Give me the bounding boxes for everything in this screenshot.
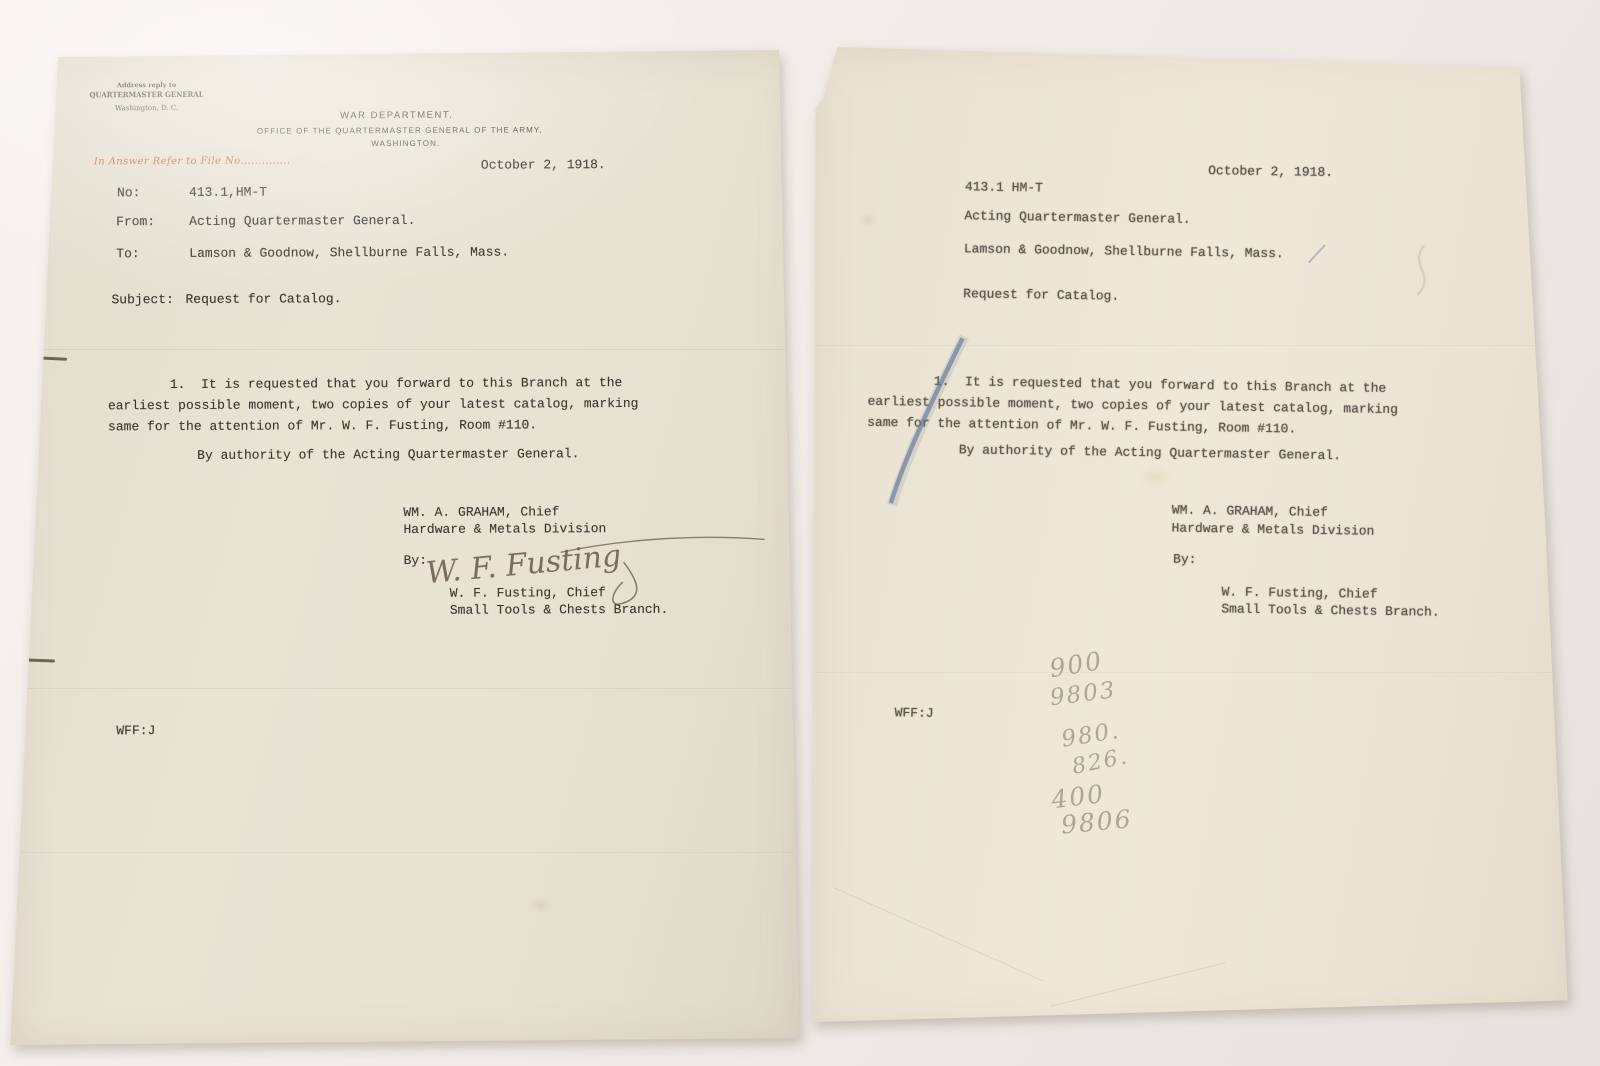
faint-pencil-scribble [1403,233,1464,304]
pencil-number: 900 [1047,646,1105,683]
pencil-number: 9806 [1060,804,1134,839]
signer-division: Hardware & Metals Division [1171,521,1374,540]
signer-branch: Small Tools & Chests Branch. [1221,601,1440,620]
letter-carbon-content: October 2, 1918. 413.1 HM-T Acting Quart… [0,0,1600,1066]
date-line: October 2, 1918. [1208,163,1333,181]
photo-of-documents: Address reply to QUARTERMASTER GENERAL W… [0,0,1600,1066]
by-label: By: [1173,552,1197,568]
signer-name: WM. A. GRAHAM, Chief [1172,503,1328,521]
to-line: Lamson & Goodnow, Shellburne Falls, Mass… [964,241,1284,262]
from-line: Acting Quartermaster General. [964,208,1190,227]
blue-pencil-mark [849,315,993,577]
blue-pencil-tick [1302,240,1332,270]
reference-initials: WFF:J [894,705,933,721]
pencil-number: 9803 [1049,677,1118,711]
subject-line: Request for Catalog. [963,286,1119,304]
signer-typed-name: W. F. Fusting, Chief [1221,584,1377,602]
body-line-1: 1. It is requested that you forward to t… [934,374,1387,397]
file-number: 413.1 HM-T [965,179,1043,196]
authority-line: By authority of the Acting Quartermaster… [959,442,1341,464]
